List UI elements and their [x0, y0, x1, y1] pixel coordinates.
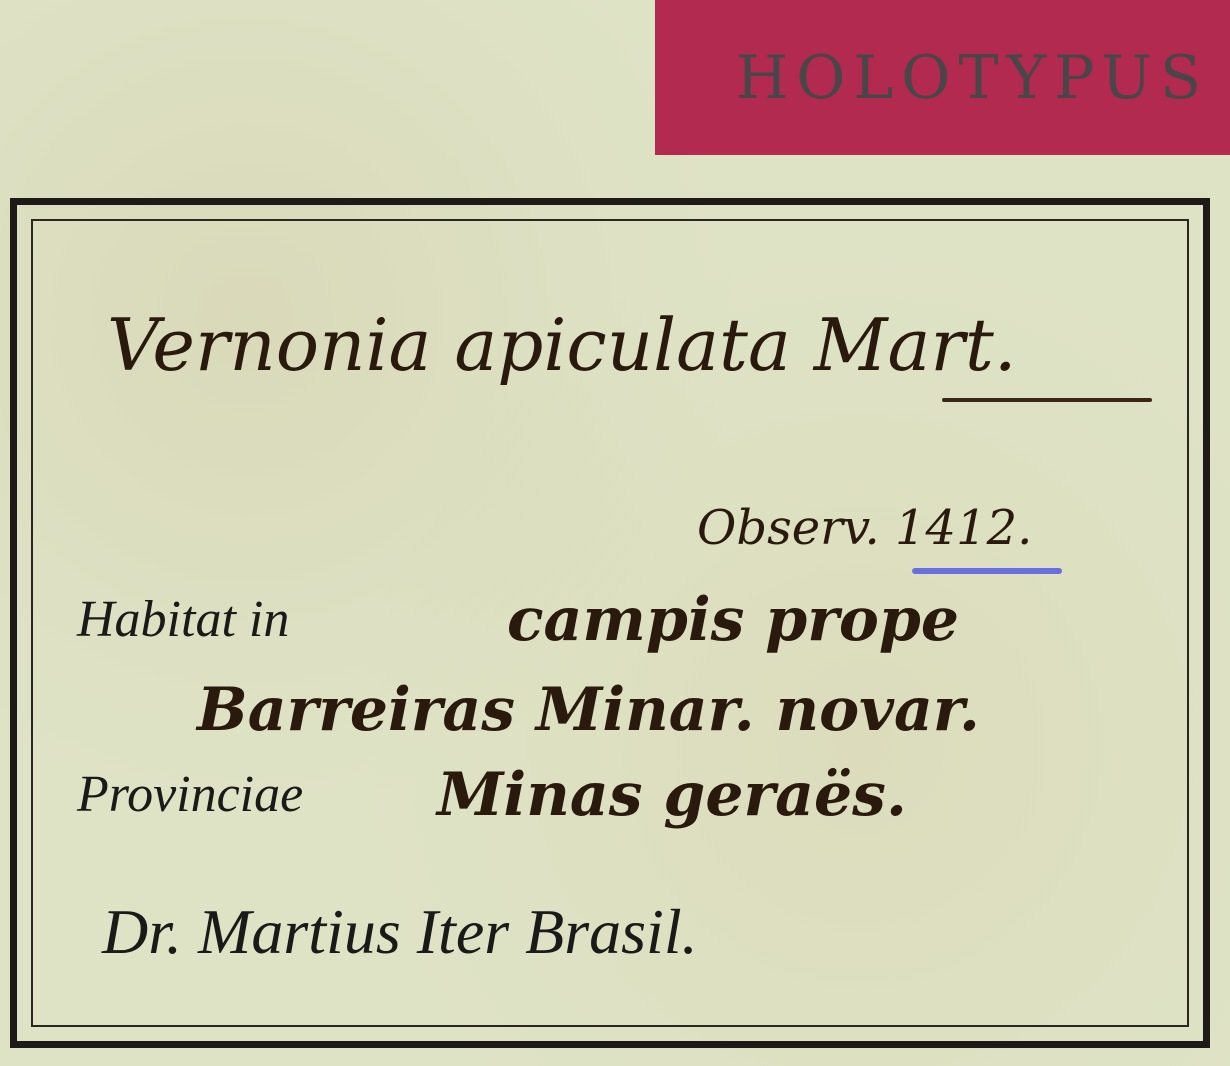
- collector-line: Dr. Martius Iter Brasil.: [102, 895, 698, 969]
- observation-number: Observ. 1412.: [697, 500, 1032, 556]
- specimen-label: Vernonia apiculata Mart. Observ. 1412. H…: [10, 198, 1210, 1048]
- species-name: Vernonia apiculata Mart.: [107, 303, 1017, 387]
- holotypus-stamp: HOLOTYPUS: [655, 0, 1230, 155]
- province-value: Minas geraës.: [437, 760, 907, 830]
- author-underline: [942, 398, 1152, 402]
- blue-underline: [912, 568, 1062, 574]
- habitat-label: Habitat in: [77, 590, 289, 649]
- habitat-value-line1: campis prope: [507, 585, 959, 655]
- province-label: Provinciae: [77, 765, 303, 824]
- stamp-text: HOLOTYPUS: [676, 43, 1209, 113]
- habitat-value-line2: Barreiras Minar. novar.: [197, 675, 980, 745]
